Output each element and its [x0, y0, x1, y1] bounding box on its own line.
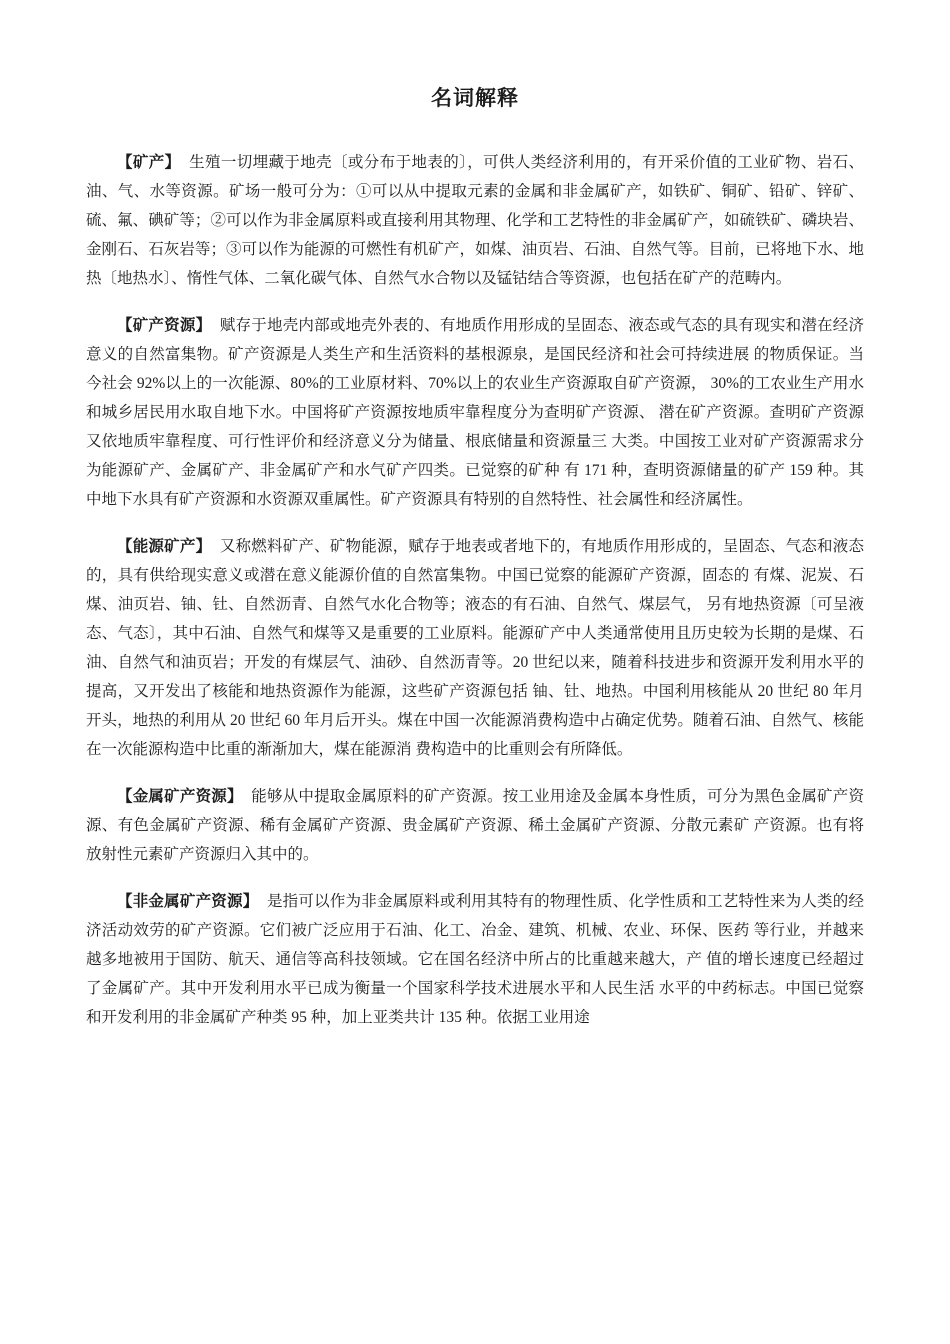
definition-text-energy-minerals: 又称燃料矿产、矿物能源，赋存于地表或者地下的，有地质作用形成的，呈固态、气态和液…	[86, 538, 864, 758]
definition-paragraph-energy-minerals: 【能源矿产】又称燃料矿产、矿物能源，赋存于地表或者地下的，有地质作用形成的，呈固…	[86, 532, 864, 764]
definition-text-mineral: 生殖一切埋藏于地壳〔或分布于地表的〕，可供人类经济利用的，有开采价值的工业矿物、…	[86, 154, 864, 287]
definition-text-nonmetal-mineral-resources: 是指可以作为非金属原料或利用其特有的物理性质、化学性质和工艺特性来为人类的经济活…	[86, 893, 864, 1026]
term-label-mineral-resources: 【矿产资源】	[117, 317, 211, 334]
definition-paragraph-nonmetal-mineral-resources: 【非金属矿产资源】是指可以作为非金属原料或利用其特有的物理性质、化学性质和工艺特…	[86, 887, 864, 1032]
term-label-nonmetal-mineral-resources: 【非金属矿产资源】	[117, 893, 258, 910]
term-label-metal-mineral-resources: 【金属矿产资源】	[117, 788, 243, 805]
definition-paragraph-metal-mineral-resources: 【金属矿产资源】能够从中提取金属原料的矿产资源。按工业用途及金属本身性质，可分为…	[86, 782, 864, 869]
document-page: 名词解释 【矿产】生殖一切埋藏于地壳〔或分布于地表的〕，可供人类经济利用的，有开…	[0, 0, 950, 1344]
definition-paragraph-mineral-resources: 【矿产资源】赋存于地壳内部或地壳外表的、有地质作用形成的呈固态、液态或气态的具有…	[86, 311, 864, 514]
term-label-mineral: 【矿产】	[117, 154, 181, 171]
term-label-energy-minerals: 【能源矿产】	[117, 538, 211, 555]
definition-text-mineral-resources: 赋存于地壳内部或地壳外表的、有地质作用形成的呈固态、液态或气态的具有现实和潜在经…	[86, 317, 864, 508]
document-title: 名词解释	[86, 84, 864, 112]
definition-paragraph-mineral: 【矿产】生殖一切埋藏于地壳〔或分布于地表的〕，可供人类经济利用的，有开采价值的工…	[86, 148, 864, 293]
